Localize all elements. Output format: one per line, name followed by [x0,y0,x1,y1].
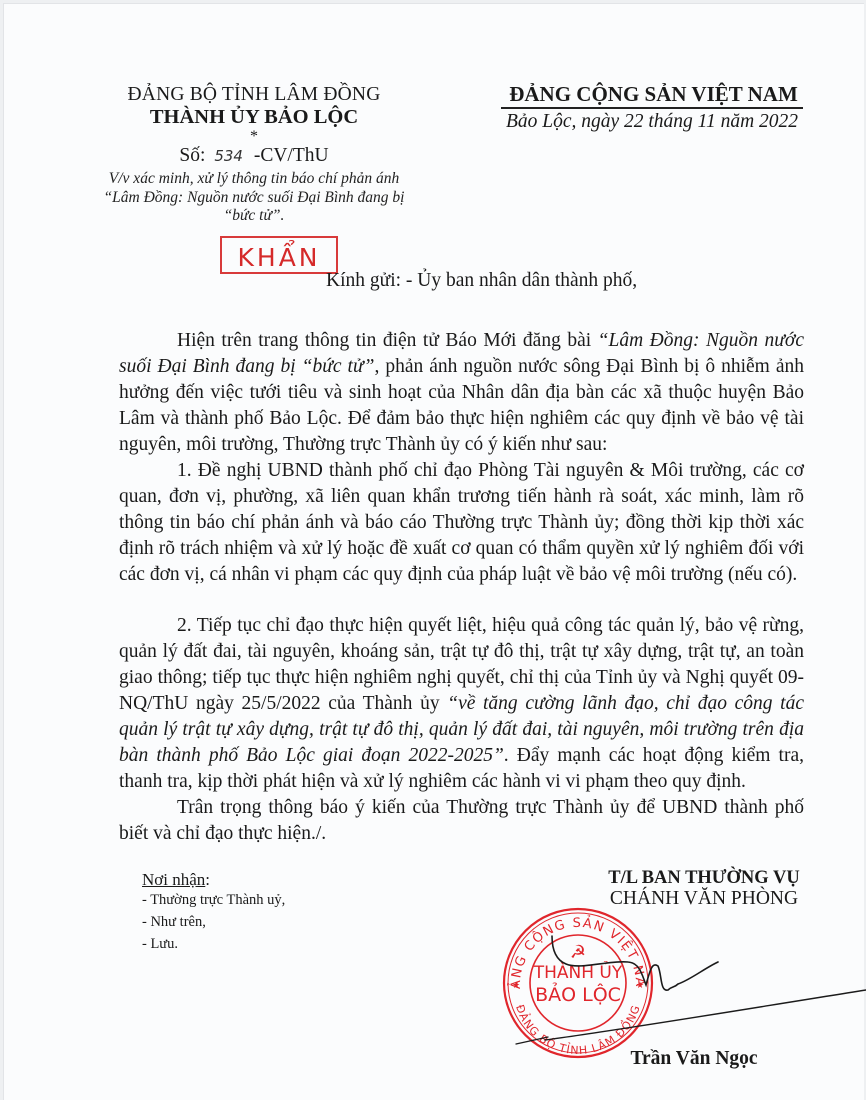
urgent-stamp: KHẨN [220,236,338,274]
recipient-item: - Như trên, [142,914,206,931]
document-date: Bảo Lộc, ngày 22 tháng 11 năm 2022 [497,111,807,133]
header-separator-star: * [104,128,404,146]
intro-text: Hiện trên trang thông tin điện tử Báo Mớ… [177,330,598,351]
document-number-value: 534 [214,147,243,165]
salutation: Kính gửi: - Ủy ban nhân dân thành phố, [326,270,637,292]
body-paragraph-item-2: 2. Tiếp tục chỉ đạo thực hiện quyết liệt… [119,613,804,795]
body-paragraph-intro: Hiện trên trang thông tin điện tử Báo Mớ… [119,328,804,458]
document-number-prefix: Số: [179,145,205,166]
issuing-organization: THÀNH ỦY BẢO LỘC [104,106,404,129]
recipient-item: - Thường trực Thành uỷ, [142,892,285,909]
recipient-item: - Lưu. [142,936,178,953]
party-name-heading: ĐẢNG CỘNG SẢN VIỆT NAM [501,82,806,107]
recipients-heading-text: Nơi nhận [142,870,205,889]
parent-organization: ĐẢNG BỘ TỈNH LÂM ĐỒNG [104,84,404,106]
recipients-heading: Nơi nhận: [142,870,210,890]
body-paragraph-item-1: 1. Đề nghị UBND thành phố chỉ đạo Phòng … [119,458,804,588]
signature-authority: T/L BAN THƯỜNG VỤ [564,868,844,889]
document-page: ĐẢNG BỘ TỈNH LÂM ĐỒNG THÀNH ỦY BẢO LỘC *… [3,3,864,1100]
recipients-colon: : [205,870,210,890]
party-heading-underline [501,107,803,109]
signature-position: CHÁNH VĂN PHÒNG [564,888,844,910]
document-subject: V/v xác minh, xử lý thông tin báo chí ph… [89,170,419,226]
document-number-suffix: -CV/ThU [254,145,329,166]
signer-name: Trần Văn Ngọc [564,1048,824,1070]
body-paragraph-closing: Trân trọng thông báo ý kiến của Thường t… [119,795,804,847]
document-number: Số: 534 -CV/ThU [104,145,404,167]
